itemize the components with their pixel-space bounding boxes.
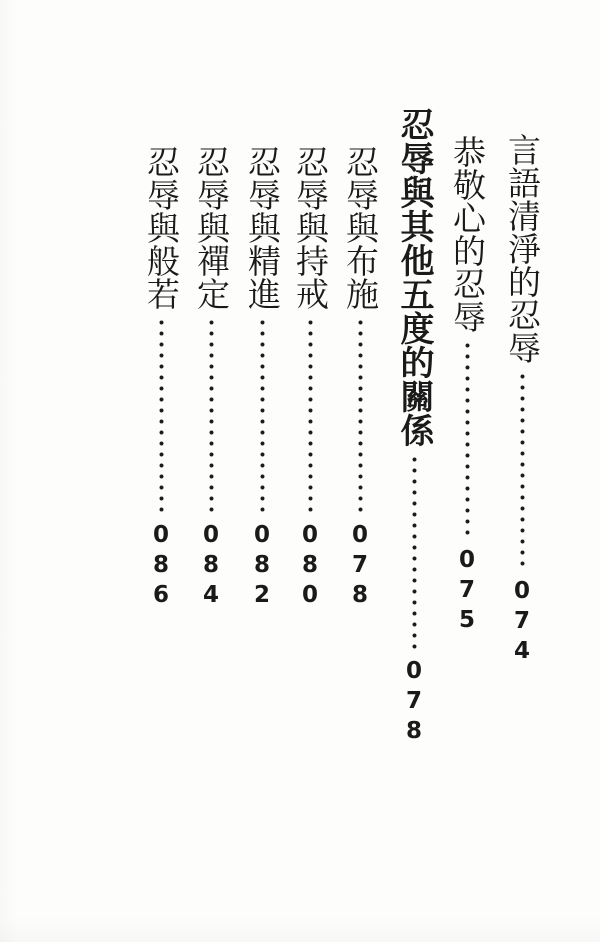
toc-entry-title: 忍辱與其他五度的關係 (392, 107, 436, 447)
toc-entry: 忍辱與禪定 084 (189, 145, 233, 612)
book-page: 言語清淨的忍辱 074 恭敬心的忍辱 075 忍辱與其他五度的關係 078 忍辱… (0, 0, 600, 942)
toc-entry: 言語清淨的忍辱 074 (500, 133, 544, 668)
toc-entry-title: 忍辱與精進 (240, 145, 284, 310)
toc-entry-page-number: 078 (338, 522, 382, 612)
toc-entry-page-number: 074 (500, 578, 544, 668)
toc-entry-page-number: 086 (139, 522, 183, 612)
toc-entry-title: 忍辱與布施 (338, 145, 382, 310)
dot-leader (358, 317, 363, 514)
toc-entry-title: 忍辱與禪定 (189, 145, 233, 310)
toc-entry-section-heading: 忍辱與其他五度的關係 078 (392, 107, 436, 748)
dot-leader (260, 317, 265, 514)
dot-leader (308, 317, 313, 514)
dot-leader (209, 317, 214, 514)
toc-entry: 忍辱與布施 078 (338, 145, 382, 612)
dot-leader (412, 454, 417, 650)
toc-entry-title: 忍辱與般若 (139, 145, 183, 310)
dot-leader (465, 340, 470, 539)
toc-entry-page-number: 084 (189, 522, 233, 612)
toc-entry: 忍辱與持戒 080 (288, 145, 332, 612)
dot-leader (159, 317, 164, 514)
toc-entry-title: 忍辱與持戒 (288, 145, 332, 310)
toc-entry-page-number: 075 (445, 547, 489, 637)
toc-entry-title: 言語清淨的忍辱 (500, 133, 544, 364)
toc-entry: 忍辱與精進 082 (240, 145, 284, 612)
toc-entry-page-number: 080 (288, 522, 332, 612)
toc-entry-page-number: 078 (392, 658, 436, 748)
toc-entry: 恭敬心的忍辱 075 (445, 135, 489, 637)
dot-leader (520, 371, 525, 570)
toc-entry: 忍辱與般若 086 (139, 145, 183, 612)
toc-entry-page-number: 082 (240, 522, 284, 612)
toc-entry-title: 恭敬心的忍辱 (445, 135, 489, 333)
